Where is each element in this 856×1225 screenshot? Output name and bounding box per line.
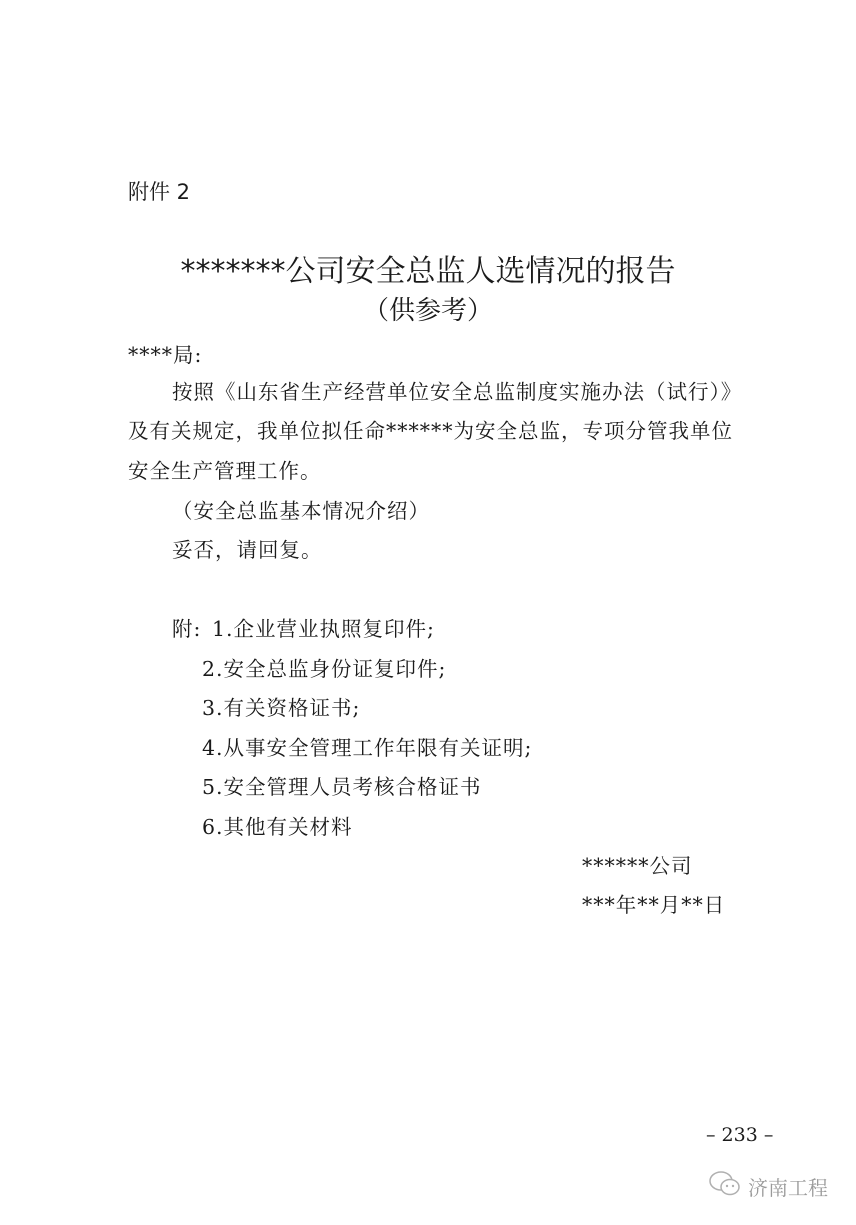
paragraph-line: 及有关规定，我单位拟任命******为安全总监，专项分管我单位 bbox=[128, 414, 733, 444]
attachment-item: 2.安全总监身份证复印件; bbox=[202, 652, 446, 682]
recipient: ****局: bbox=[128, 338, 202, 368]
document-subtitle: （供参考） bbox=[0, 290, 856, 327]
closing-line: 妥否，请回复。 bbox=[172, 533, 323, 563]
basic-info-note: （安全总监基本情况介绍） bbox=[172, 494, 430, 524]
attachment-item: 3.有关资格证书; bbox=[202, 691, 360, 721]
attachments-label: 附: bbox=[172, 612, 201, 642]
annex-label: 附件 2 bbox=[128, 176, 190, 206]
wechat-icon bbox=[708, 1170, 742, 1203]
page-number: – 233 – bbox=[706, 1124, 773, 1146]
attachment-item: 5.安全管理人员考核合格证书 bbox=[202, 770, 482, 800]
watermark-text: 济南工程 bbox=[748, 1172, 828, 1201]
attachment-item: 6.其他有关材料 bbox=[202, 810, 353, 840]
paragraph-line: 安全生产管理工作。 bbox=[128, 454, 322, 484]
attachment-item: 4.从事安全管理工作年限有关证明; bbox=[202, 731, 532, 761]
attachment-item: 1.企业营业执照复印件; bbox=[212, 612, 435, 642]
watermark: 济南工程 bbox=[708, 1170, 828, 1203]
signature-date: ***年**月**日 bbox=[582, 888, 725, 918]
document-title: *******公司安全总监人选情况的报告 bbox=[0, 246, 856, 290]
signature-company: ******公司 bbox=[582, 849, 693, 879]
paragraph-line: 按照《山东省生产经营单位安全总监制度实施办法（试行）》 bbox=[172, 375, 742, 405]
